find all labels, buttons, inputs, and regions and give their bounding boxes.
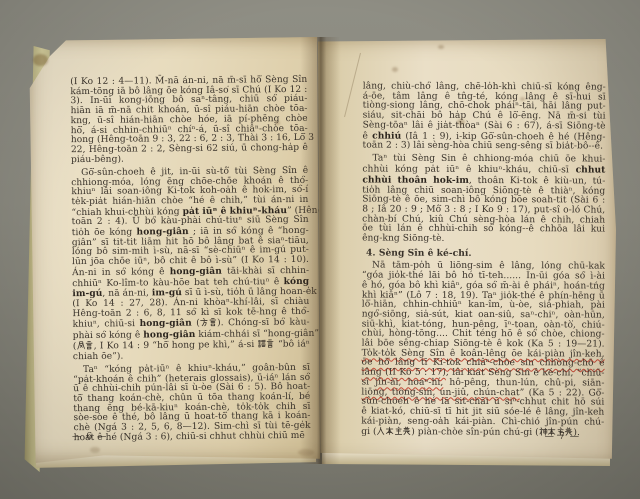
text-line: á-ōe, tâm lâng ê tn̂g-té, kóng lâng ê sī…	[363, 92, 606, 103]
red-pen-underline: jîn-ài, hoaⁿ-hí,	[375, 377, 443, 387]
text-line: chùi, hòng-tōng.... Chit téng hō ê só͘ c…	[362, 330, 605, 341]
text-line: chhiong-móa, lóng ēng chōe-chōe khoán ê …	[71, 176, 308, 188]
text-line: khì kiâⁿ” (Lô 7 : 18, 19). Taⁿ jio̍k-thé…	[362, 291, 605, 302]
text-line: toān 2 : 4). Ū bó͘ kàu-phài chú-tiuⁿ siū…	[72, 216, 309, 228]
paragraph: (I Ko 12 : 4—11). M̄-nā án-ni, nā m̄-sī …	[70, 76, 308, 166]
text-line: “pa̍t-khoán ê chih” (heterais glossais),…	[73, 373, 310, 385]
right-page-text: lâng, chiù-chó͘ lâng, chē-lo̍h-khì chiū-…	[361, 82, 606, 442]
stain	[568, 86, 572, 90]
text-line: giân” sī tit-tit liām hit hō bô lâng bat…	[72, 237, 309, 249]
stain	[392, 67, 398, 72]
stain	[298, 449, 314, 456]
text-line: khiuⁿ lâi soan-iông Ki-tok koh-oa̍h ê ho…	[71, 186, 308, 198]
text-line: lâng, chiù-chó͘ lâng, chē-lo̍h-khì chiū-…	[363, 82, 606, 93]
text-line: ōe hō͘ lâng tī Ki-tok chiâⁿ-chòe sin chh…	[362, 359, 605, 370]
red-pen-underline: lâng (II Ko 5 : 17)	[361, 368, 445, 378]
paragraph: Taⁿ tùi Sèng Sin ê chhiong-móa chiū ōe k…	[362, 155, 605, 245]
cjk-glyph	[85, 341, 94, 350]
text-line: hiān iā m̄-nā chit khoán, ū-sî piáu-hiān…	[71, 105, 308, 117]
text-line: im-gú, nā án-ni, im-gú sī ū ì-sù, tio̍h …	[72, 287, 309, 300]
stain	[457, 119, 465, 125]
text-line: tiòng-siong lâng, chō-chok pháiⁿ-tāi, hā…	[363, 102, 606, 113]
text-line: (, I Ko 14 : 9 “hō͘ hong pe khì,” á-si “…	[73, 339, 310, 353]
text-line: (I Ko 14 : 27, 28). Án-ni khòaⁿ-khí-lâi,…	[72, 298, 309, 310]
text-line: ê chhiú (Iâ 1 : 9), i-kip Gō͘-sûn-choeh …	[363, 131, 606, 143]
text-line: 22, Hêng-toān 2 : 2, Sèng-si 62 siú, ū c…	[71, 144, 308, 156]
text-line: 8 ; Iâ 20 : 9 ; Mô͘ 3 : 8 ; I Ko 9 : 17)…	[362, 205, 605, 216]
text-line: lâi bōe sêng-chiap Siōng-tè ê kok (Ka 5 …	[362, 340, 605, 351]
text-line: Gō͘-sûn-choeh ê jit, in-ūi sù-tô͘ tùi Sè…	[71, 167, 308, 179]
text-line: hong (Hêng-toān 9 : 3, 22 : 6, 2 : 3, Th…	[71, 134, 308, 146]
text-line: tio̍h lâng chiū soan-iông Siōng-tè ê thi…	[362, 186, 605, 197]
left-page-number: — 6 —	[72, 431, 107, 442]
text-line: lâng (II Ko 5 : 17), lâi kiat Sèng Sin ê…	[361, 369, 604, 380]
cjk-glyph	[76, 341, 85, 350]
left-page: (I Ko 12 : 4—11). M̄-nā án-ni, nā m̄-sī …	[28, 37, 320, 463]
cjk-glyph	[403, 427, 412, 436]
paragraph: lâng, chiù-chó͘ lâng, chē-lo̍h-khì chiū-…	[362, 82, 605, 152]
section-heading: 4. Sèng Sîn ê ké-chí.	[366, 249, 605, 260]
text-line: chàn-bí Chú, kiû Chú sèng-hòa lán ê chih…	[362, 215, 605, 226]
text-line: phài só͘ kóng ê hong-giân kiám-chhái sī …	[73, 328, 310, 341]
cjk-glyph	[556, 428, 565, 437]
paragraph: Gō͘-sûn-choeh ê jit, in-ūi sù-tô͘ tùi Sè…	[71, 167, 310, 363]
text-line: êng-kng Siōng-tè.	[362, 235, 605, 246]
paragraph: Taⁿ “kóng pa̍t-iūⁿ ê khiuⁿ-kháu,” goân-b…	[73, 364, 311, 444]
text-line: Hêng-toān 2 : 6, 8, 11 só͘ kì sī kok tē-…	[72, 308, 309, 320]
text-line: liōng, tiong-sìn, un-jiû, chún-chat” (Ka…	[361, 388, 604, 399]
stain	[438, 45, 444, 49]
text-line: Nā tām-po̍h ū liōng-sim ê lâng, lóng chū…	[362, 262, 605, 273]
photo-background: (I Ko 12 : 4—11). M̄-nā án-ni, nā m̄-sī …	[0, 0, 640, 499]
text-line: ê kiat-kó, chiū-sī tī hit jit siū sóe-lé…	[361, 407, 604, 418]
text-line: thang ēng bé-kā-kiuⁿ koán-chè, to̍k-to̍k…	[73, 402, 310, 414]
cjk-glyph	[200, 318, 209, 327]
cjk-glyph	[208, 318, 217, 327]
text-line: (I Ko 12 : 4—11). M̄-nā án-ni, nā m̄-sī …	[70, 76, 307, 88]
text-line: Án-ni in só͘ kóng ê hong-giân tāi-khài s…	[72, 266, 309, 279]
text-line: Taⁿ tùi Sèng Sin ê chhiong-móa chiū ōe k…	[362, 155, 605, 166]
text-line: kái-piàn, seng-oa̍h kái-piàn. Chì-chió j…	[361, 417, 604, 428]
stain	[520, 97, 525, 101]
cjk-glyph	[385, 427, 394, 436]
text-line: khiuⁿ, chiū-si hong-giân (). Chóng-sī bó…	[73, 317, 310, 331]
text-line: te̍k-pia̍t hián-hiān chòe “hé ê chih,” t…	[71, 196, 308, 208]
text-line: kám-tōng iā bô lâng ōe kóng Iâ-so͘ sī Ch…	[70, 86, 307, 98]
text-line: kng, ū-sî hián-hiān chòe hóe, iā pí-phēn…	[71, 115, 308, 127]
text-line: tō͘ thang koán-chè, chûn ū tōa thang koá…	[73, 393, 310, 405]
paragraph: Nā tām-po̍h ū liōng-sim ê lâng, lóng chū…	[361, 262, 605, 439]
text-line: “góa jio̍k-thé lāi bô hó tī-teh...... In…	[362, 272, 605, 283]
text-line: sòe-sòe ê thé, bô lâng ū hoat-tō͘ thang …	[73, 412, 310, 424]
text-line: sûn-choeh ê hé iā sit-chāi ū siⁿ-chhut c…	[361, 398, 604, 409]
right-page: lâng, chiù-chó͘ lâng, chē-lo̍h-khì chiū-…	[318, 39, 616, 463]
text-line: ōe tùi lán ê chhùi-chih só͘ kóng--ê chhō…	[362, 225, 605, 236]
text-line: chè (Ngá 3 : 2, 5, 6, 8—12). Sim-chì sī …	[74, 422, 311, 434]
text-line: siū-khì, kiat-tóng, hun-pêng, īⁿ-toan, o…	[362, 320, 605, 331]
stain	[90, 447, 100, 453]
cjk-glyph	[377, 427, 386, 436]
text-line: lūn jōa chōe iūⁿ, bô chit ê bô ì-sù” (I …	[72, 256, 309, 268]
cjk-glyph	[547, 428, 556, 437]
stain	[275, 121, 280, 125]
text-line: lō͘-hiān, chhin-chhiūⁿ kan-îm, ù-òe, sia…	[362, 301, 605, 312]
cjk-glyph	[266, 340, 275, 349]
red-pen-underline: ōe hō͘ lâng tī Ki-tok chiâⁿ-chòe sin chh…	[362, 358, 605, 369]
text-line: chhùi kóng pa̍t iūⁿ ê khiuⁿ-kháu, chiū-s…	[362, 165, 605, 177]
text-line: toān 2 : 3) lâi sèng-hòa chiū seng-sêng …	[362, 142, 605, 153]
text-line: chiah ōe”).	[73, 350, 310, 362]
red-pen-underline: liōng, tiong-sìn, un-jiû, chún-chat	[361, 387, 519, 398]
cjk-glyph	[394, 427, 403, 436]
text-line: hoat ê hé (Ngá 3 : 6), chiū-si chhut chh…	[74, 432, 311, 444]
text-line: lóng bô sim-mih ì-sù, nā-sī “sè-chiūⁿ ê …	[72, 246, 309, 258]
right-page-number: — 7 —	[362, 431, 580, 442]
text-line: 4. Sèng Sîn ê ké-chí.	[366, 249, 605, 260]
text-line: Siōng-tè ê ōe, sim-chì bô kóng bōe soah-…	[362, 196, 605, 207]
cjk-glyph	[539, 428, 548, 437]
text-line: siáu, sit-chāi bô ha̍p Chú ê lō͘-ēng. Nā…	[363, 112, 606, 123]
text-line: Taⁿ “kóng pa̍t-iūⁿ ê khiuⁿ-kháu,” goân-b…	[73, 364, 310, 376]
left-page-text: (I Ko 12 : 4—11). M̄-nā án-ni, nā m̄-sī …	[70, 76, 311, 447]
red-pen-underline: To̍k-to̍k Sèng Sîn ê koân-lêng ōe kái-pi…	[362, 348, 605, 359]
text-line: ngó͘-siōng, sia̍-sút, kiat oan-siû, saⁿ-…	[362, 310, 605, 321]
text-line: gi () piàn-chòe sîn-pún chú-gi ().	[361, 427, 604, 439]
text-line: chhiūⁿ Ko-lîm-to kàu-hōe bat teh chú-tiu…	[72, 276, 309, 289]
text-line: piáu-bêng).	[71, 153, 308, 165]
text-line: ū ê chhùi-chih pún-lâi sī ù-òe (Sài 6 : …	[73, 383, 310, 395]
text-line: tio̍h ōe kóng hong-giân ; iā in só͘ kóng…	[72, 226, 309, 239]
text-line: sī jîn-ài, hoaⁿ-hí, hô-pêng, thun-lún, c…	[361, 378, 604, 389]
open-book: (I Ko 12 : 4—11). M̄-nā án-ni, nā m̄-sī …	[0, 0, 640, 499]
text-line: ê hó, góa bô khì kiâⁿ, góa só͘ m̄-ài ê p…	[362, 281, 605, 292]
text-line: chhùi thoân hok-im, thoân Ki-tok ê kiù-u…	[362, 175, 605, 187]
text-line: Sèng-tōaⁿ lâi ê jia̍t-thòaⁿ (Sài 6 : 67)…	[363, 121, 606, 132]
cjk-glyph	[565, 428, 574, 437]
text-line: To̍k-to̍k Sèng Sîn ê koân-lêng ōe kái-pi…	[362, 349, 605, 360]
text-line: “chiah khui-chhùi kóng pa̍t iūⁿ ê khiuⁿ-…	[71, 206, 308, 219]
text-line: hō͘, á-si chhin-chhiūⁿ chíⁿ-á, ū-sî chiâ…	[71, 124, 308, 136]
cjk-glyph	[258, 340, 267, 349]
text-line: 3). In-ūi kong-iōng bô saⁿ-tâng, chiū só…	[70, 95, 307, 107]
